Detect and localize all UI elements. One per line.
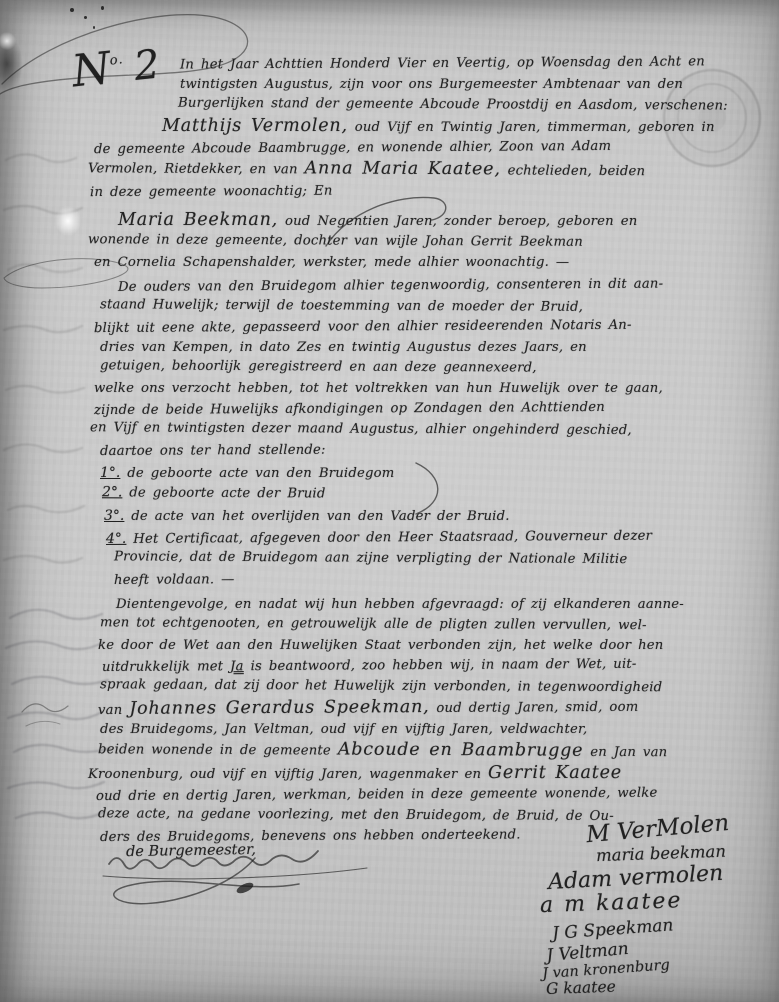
list-marker: 1°.	[100, 465, 120, 481]
act-text: van	[98, 703, 129, 718]
act-line: welke ons verzocht hebben, tot het voltr…	[88, 379, 776, 400]
act-text: staand Huwelijk; terwijl de toestemming …	[100, 297, 583, 315]
act-line: Dientengevolge, en nadat wij hun hebben …	[88, 595, 776, 616]
act-number: No.2	[70, 38, 163, 98]
act-line: twintigsten Augustus, zijn voor ons Burg…	[88, 75, 776, 96]
act-line: Matthijs Vermolen, oud Vijf en Twintig J…	[88, 116, 776, 139]
paper-blemish	[50, 200, 86, 242]
act-line: wonende in deze gemeente, dochter van wi…	[88, 230, 776, 254]
act-line: des Bruidegoms, Jan Veltman, oud vijf en…	[88, 720, 776, 741]
document-photo: No.2 In het Jaar Achttien Honderd Vier e…	[0, 0, 779, 1002]
act-text: is beantwoord, zoo hebben wij, in naam d…	[244, 657, 637, 674]
act-text: wonende in deze gemeente, dochter van wi…	[88, 232, 583, 250]
act-body: In het Jaar Achttien Honderd Vier en Vee…	[88, 54, 776, 847]
act-text: dries van Kempen, in dato Zes en twintig…	[100, 340, 587, 355]
act-text: ke door de Wet aan den Huwelijken Staat …	[98, 638, 664, 653]
act-text: Kroonenburg, oud vijf en vijftig Jaren, …	[88, 767, 488, 782]
act-text: de geboorte acte van den Bruidegom	[120, 466, 394, 481]
act-text: en Jan van	[583, 745, 667, 760]
act-text: welke ons verzocht hebben, tot het voltr…	[94, 381, 663, 396]
person-name: Anna Maria Kaatee,	[305, 158, 501, 179]
act-text: daartoe ons ter hand stellende:	[100, 443, 326, 459]
act-text: zijnde de beide Huwelijks afkondigingen …	[94, 400, 605, 418]
act-text: en Vijf en twintigsten dezer maand Augus…	[90, 420, 632, 438]
person-name: Maria Beekman,	[118, 210, 278, 230]
act-text: en Cornelia Schapenshalder, werkster, me…	[94, 255, 569, 270]
act-text: de gemeente Abcoude Baambrugge, en wonen…	[94, 139, 611, 157]
act-text: Vermolen, Rietdekker, en van	[88, 161, 305, 177]
act-text: Dientengevolge, en nadat wij hun hebben …	[116, 597, 684, 612]
act-line: 3°. de acte van het overlijden van den V…	[88, 506, 776, 528]
person-name: Gerrit Kaatee	[488, 763, 622, 783]
list-marker: 2°.	[102, 484, 122, 500]
act-line: beiden wonende in de gemeente Abcoude en…	[88, 738, 776, 764]
act-text: uitdrukkelijk met	[102, 659, 230, 675]
list-marker: 3°.	[104, 508, 124, 524]
act-text: heeft voldaan. —	[114, 572, 235, 588]
act-line: Maria Beekman, oud Negentien Jaren, zond…	[88, 210, 776, 233]
act-line: Kroonenburg, oud vijf en vijftig Jaren, …	[88, 763, 776, 786]
act-text: Ja	[230, 659, 244, 674]
person-name: Abcoude en Baambrugge	[338, 740, 584, 761]
act-line: dries van Kempen, in dato Zes en twintig…	[88, 338, 776, 359]
act-line: blijkt uit eene akte, gepasseerd voor de…	[88, 315, 776, 340]
act-text: getuigen, behoorlijk geregistreerd en aa…	[100, 358, 537, 375]
list-marker: 4°.	[106, 531, 126, 547]
act-line: Burgerlijken stand der gemeente Abcoude …	[88, 93, 776, 117]
act-text: echtelieden, beiden	[501, 163, 646, 179]
act-text: oud drie en dertig Jaren, werkman, beide…	[96, 786, 658, 804]
act-line: daartoe ons ter hand stellende:	[88, 438, 776, 463]
act-line: 1°. de geboorte acte van den Bruidegom	[88, 463, 776, 485]
act-text: des Bruidegoms, Jan Veltman, oud vijf en…	[100, 722, 587, 737]
act-line: in deze gemeente woonachtig; En	[88, 179, 776, 204]
act-text: de geboorte acte der Bruid	[122, 485, 325, 501]
act-line: 4°. Het Certificaat, afgegeven door den …	[88, 525, 776, 551]
act-text: oud Negentien Jaren, zonder beroep, gebo…	[278, 214, 637, 229]
act-text: de acte van het overlijden van den Vader…	[124, 509, 509, 524]
act-line: heeft voldaan. —	[88, 567, 776, 592]
act-text: in deze gemeente woonachtig; En	[90, 184, 333, 200]
margin-notation	[16, 682, 86, 734]
act-line: In het Jaar Achttien Honderd Vier en Vee…	[88, 52, 776, 77]
act-text: spraak gedaan, dat zij door het Huwelijk…	[100, 677, 662, 695]
act-text: blijkt uit eene akte, gepasseerd voor de…	[94, 318, 632, 336]
act-number-superscript: o.	[109, 52, 124, 68]
act-text: Burgerlijken stand der gemeente Abcoude …	[178, 96, 728, 114]
signatures: M VerMolenmaria beekmanAdam vermolena m …	[520, 814, 776, 994]
act-text: In het Jaar Achttien Honderd Vier en Vee…	[180, 54, 705, 72]
act-text: oud dertig Jaren, smid, oom	[429, 700, 638, 716]
act-number-letter: N	[70, 43, 114, 98]
act-text: beiden wonende in de gemeente	[98, 742, 338, 758]
act-number-value: 2	[132, 42, 162, 90]
act-line: en Cornelia Schapenshalder, werkster, me…	[88, 253, 776, 274]
act-line: 2°. de geboorte acte der Bruid	[88, 482, 776, 507]
act-line: ke door de Wet aan den Huwelijken Staat …	[88, 636, 776, 657]
act-text: men tot echtgenooten, en getrouwelijk al…	[100, 615, 647, 633]
act-text: twintigsten Augustus, zijn voor ons Burg…	[180, 77, 683, 92]
burgemeester-label: de Burgemeester,	[126, 842, 256, 860]
act-line: van Johannes Gerardus Speekman, oud dert…	[88, 695, 776, 722]
act-text: oud Vijf en Twintig Jaren, timmerman, ge…	[348, 120, 715, 135]
act-text: Provincie, dat de Bruidegom aan zijne ve…	[114, 549, 627, 567]
act-text: ders des Bruidegoms, benevens ons hebben…	[100, 827, 521, 845]
act-text: Het Certificaat, afgegeven door den Heer…	[126, 529, 652, 547]
act-text: De ouders van den Bruidegom alhier tegen…	[118, 277, 663, 295]
person-name: Johannes Gerardus Speekman,	[129, 697, 429, 719]
act-line: getuigen, behoorlijk geregistreerd en aa…	[88, 356, 776, 380]
act-line: men tot echtgenooten, en getrouwelijk al…	[88, 613, 776, 637]
person-name: Matthijs Vermolen,	[162, 116, 348, 136]
